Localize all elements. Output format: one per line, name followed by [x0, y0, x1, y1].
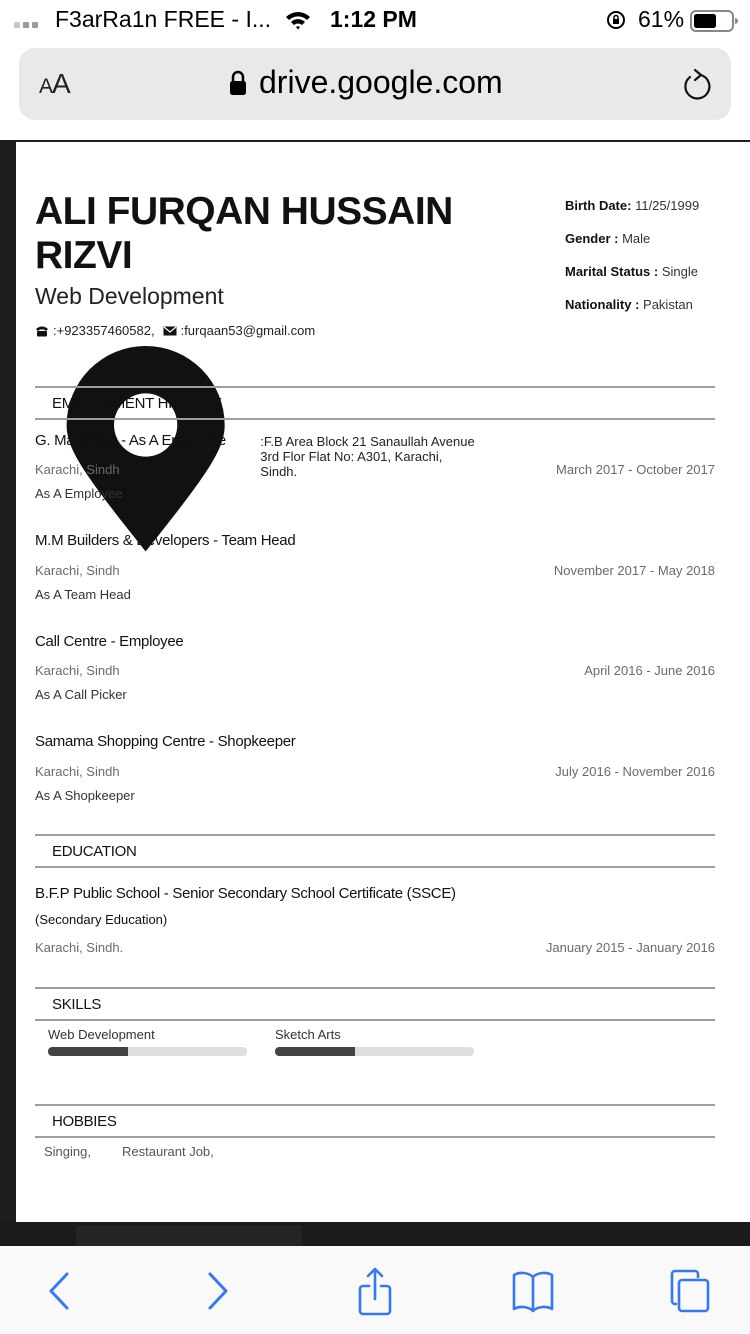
wifi-icon: [285, 10, 311, 30]
skill-sketch-arts: Sketch Arts: [275, 1027, 475, 1056]
info-gender: Gender : Male: [565, 231, 650, 246]
section-hobbies: HOBBIES: [35, 1104, 715, 1138]
phone-number: :+923357460582,: [53, 323, 155, 338]
resume-page: ALI FURQAN HUSSAIN RIZVI Web Development…: [16, 142, 750, 1222]
email-address: :furqaan53@gmail.com: [181, 323, 316, 338]
document-viewer[interactable]: ALI FURQAN HUSSAIN RIZVI Web Development…: [0, 140, 750, 1246]
job-title: M.M Builders & Developers - Team Head: [35, 532, 295, 549]
chevron-left-icon: [47, 1271, 71, 1311]
info-nationality: Nationality : Pakistan: [565, 297, 693, 312]
job-dates: April 2016 - June 2016: [584, 663, 715, 678]
skill-bar: [275, 1047, 474, 1056]
section-skills: SKILLS: [35, 987, 715, 1021]
share-button[interactable]: [350, 1266, 400, 1316]
job-title: G. Marketing - As A Employee: [35, 432, 226, 449]
job-location: Karachi, Sindh: [35, 663, 120, 678]
education-subtitle: (Secondary Education): [35, 912, 167, 927]
job-location: Karachi, Sindh: [35, 563, 120, 578]
rotation-lock-icon: [606, 10, 626, 30]
job-location: Karachi, Sindh: [35, 764, 120, 779]
education-title: B.F.P Public School - Senior Secondary S…: [35, 885, 456, 902]
reload-icon[interactable]: [681, 68, 713, 102]
envelope-icon: [163, 325, 177, 337]
status-bar: F3arRa1n FREE - I... 1:12 PM 61%: [0, 0, 750, 40]
phone-icon: [35, 325, 49, 337]
home-address: :F.B Area Block 21 Sanaullah Avenue 3rd …: [260, 434, 479, 479]
skill-bar: [48, 1047, 247, 1056]
address-bar[interactable]: AA drive.google.com: [19, 48, 731, 120]
resume-role: Web Development: [35, 283, 224, 310]
contact-line: :+923357460582, :furqaan53@gmail.com: [35, 323, 315, 338]
share-icon: [355, 1266, 395, 1316]
signal-icon: [14, 22, 38, 28]
chevron-right-icon: [206, 1271, 230, 1311]
viewer-footer-band: [0, 1222, 750, 1246]
battery-icon: [690, 10, 738, 32]
info-marital-status: Marital Status : Single: [565, 264, 698, 279]
tabs-icon: [668, 1268, 712, 1314]
job-location: Karachi, Sindh: [35, 462, 120, 477]
text-size-button[interactable]: AA: [39, 68, 70, 100]
job-description: As A Shopkeeper: [35, 788, 135, 803]
job-description: As A Team Head: [35, 587, 131, 602]
education-dates: January 2015 - January 2016: [546, 940, 715, 955]
clock: 1:12 PM: [330, 6, 417, 33]
carrier-name: F3arRa1n FREE - I...: [55, 6, 271, 33]
job-description: As A Employee: [35, 486, 122, 501]
job-title: Call Centre - Employee: [35, 633, 183, 650]
education-location: Karachi, Sindh.: [35, 940, 123, 955]
job-dates: July 2016 - November 2016: [555, 764, 715, 779]
tabs-button[interactable]: [665, 1266, 715, 1316]
book-icon: [511, 1269, 555, 1313]
skill-web-development: Web Development: [48, 1027, 248, 1056]
job-dates: November 2017 - May 2018: [554, 563, 715, 578]
job-description: As A Call Picker: [35, 687, 127, 702]
hobby-item: Singing,: [44, 1144, 91, 1159]
job-title: Samama Shopping Centre - Shopkeeper: [35, 733, 296, 750]
job-dates: March 2017 - October 2017: [556, 462, 715, 477]
battery-percent: 61%: [638, 6, 684, 33]
forward-button[interactable]: [193, 1266, 243, 1316]
url-field[interactable]: drive.google.com: [259, 64, 503, 101]
safari-toolbar: [0, 1246, 750, 1334]
resume-name: ALI FURQAN HUSSAIN RIZVI: [35, 190, 505, 278]
bookmarks-button[interactable]: [508, 1266, 558, 1316]
info-birth-date: Birth Date: 11/25/1999: [565, 198, 699, 213]
hobby-item: Restaurant Job,: [122, 1144, 214, 1159]
back-button[interactable]: [34, 1266, 84, 1316]
lock-icon: [229, 70, 247, 96]
section-education: EDUCATION: [35, 834, 715, 868]
section-employment-history: EMPLOYMENT HISTORY: [35, 386, 715, 420]
